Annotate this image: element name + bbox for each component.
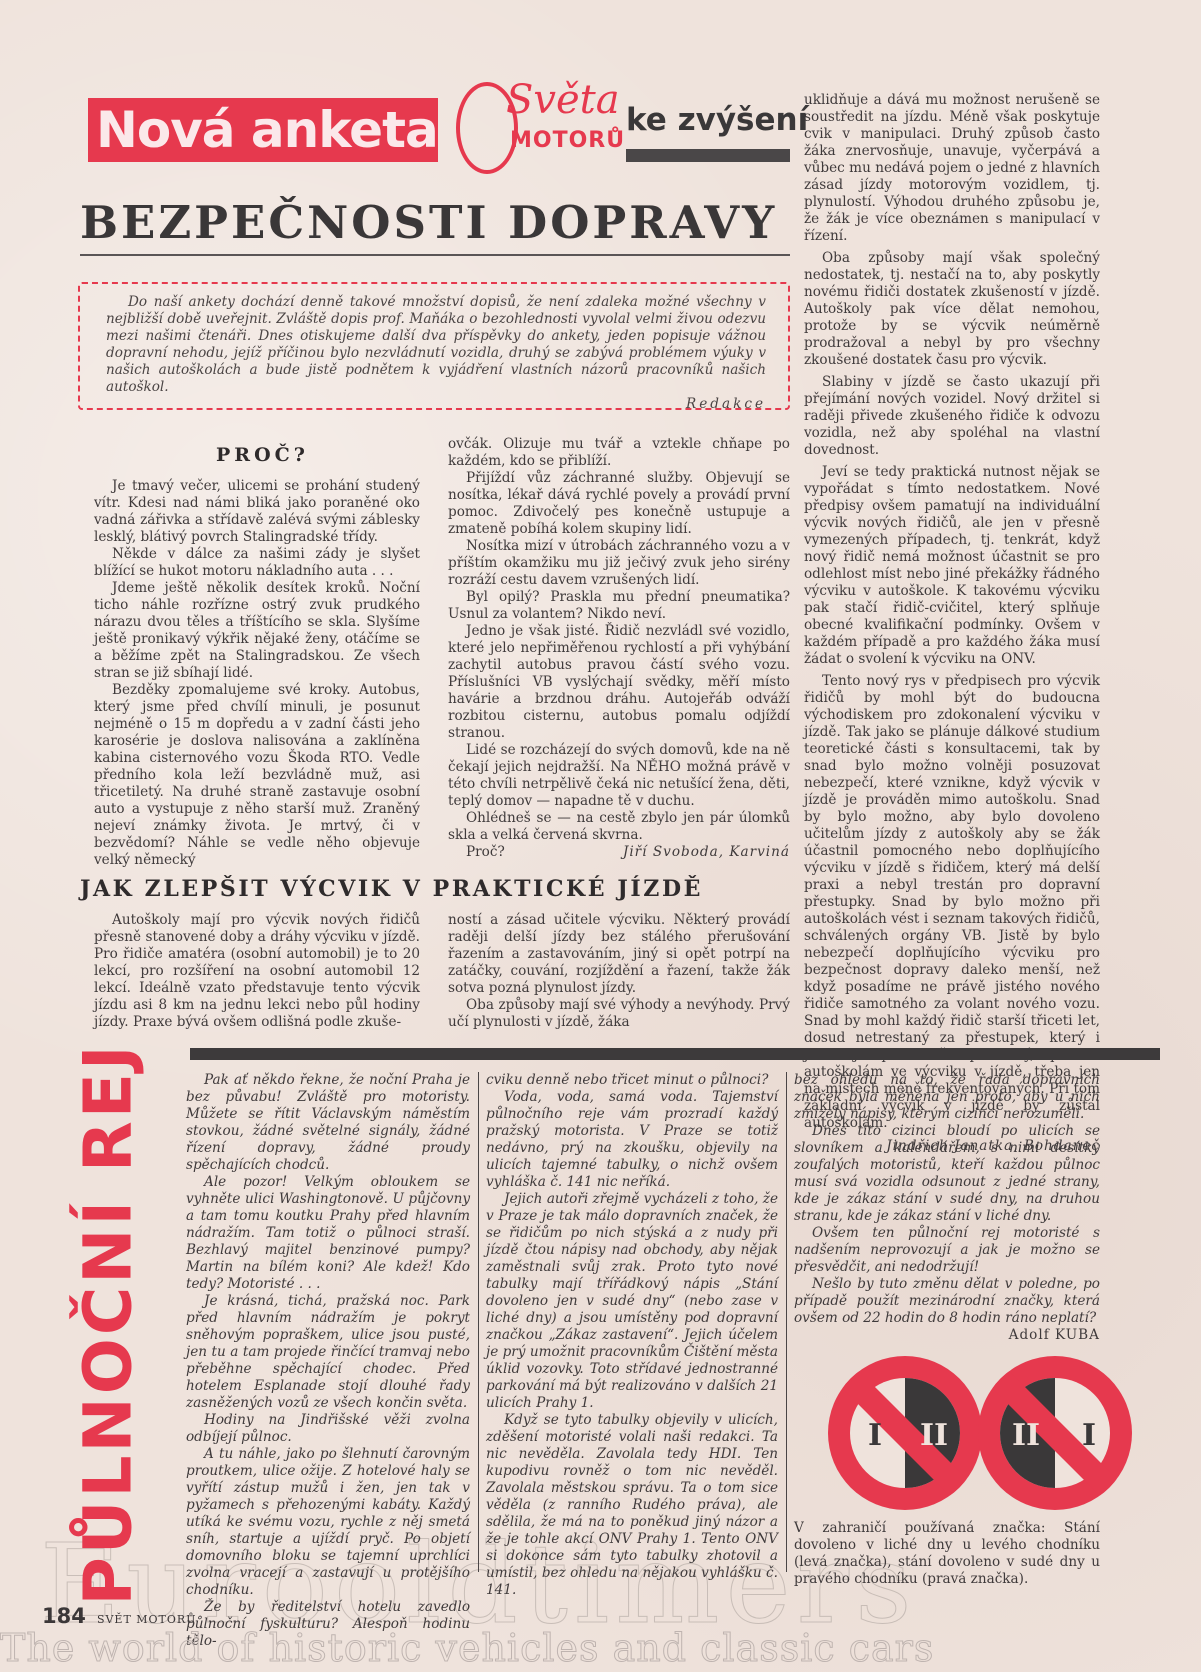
paragraph: Jejich autoři zřejmě vycházeli z toho, ž… <box>486 1191 778 1412</box>
article-signature: Adolf KUBA <box>794 1327 1100 1344</box>
paragraph: Pak ať někdo řekne, že noční Praha je be… <box>186 1072 470 1174</box>
sign-numeral: II <box>1012 1418 1040 1453</box>
paragraph: Ovšem ten půlnoční rej motoristé s nadše… <box>794 1225 1100 1276</box>
paragraph: Hodiny na Jindřišské věži zvolna odbíjej… <box>186 1412 470 1446</box>
paragraph: Když se tyto tabulky objevily v ulicích,… <box>486 1412 778 1599</box>
jak-column-1: Autoškoly mají pro výcvik nových řidičů … <box>94 912 420 1031</box>
paragraph: Dnes tito cizinci bloudí po ulicích se s… <box>794 1123 1100 1225</box>
parking-sign-even-days-icon: II I <box>978 1356 1132 1510</box>
paragraph: cviku denně nebo třicet minut o půlnoci? <box>486 1072 778 1089</box>
kicker-red-banner: Nová anketa <box>88 98 438 162</box>
paragraph: Voda, voda, samá voda. Tajemství půlnočn… <box>486 1089 778 1191</box>
paragraph: ovčák. Olizuje mu tvář a vztekle chňape … <box>448 436 790 470</box>
jak-column-2: ností a zásad učitele výcviku. Některý p… <box>448 912 790 1031</box>
paragraph: Byl opilý? Praskla mu přední pneumatika?… <box>448 589 790 623</box>
paragraph: ností a zásad učitele výcviku. Některý p… <box>448 912 790 997</box>
page-folio: 184 SVĚT MOTORŮ <box>42 1604 196 1628</box>
paragraph: Bezděky zpomalujeme své kroky. Autobus, … <box>94 682 420 869</box>
intro-text: Do naší ankety dochází denně takové množ… <box>106 294 766 396</box>
paragraph: Jedno je však jisté. Řidič nezvládl své … <box>448 623 790 742</box>
paragraph: Oba způsoby mají své výhody a nevýhody. … <box>448 997 790 1031</box>
paragraph: Přijíždí vůz záchranné služby. Objevují … <box>448 470 790 538</box>
parking-signs-illustration: I II II I <box>828 1356 1128 1514</box>
header-subtitle-bar <box>626 149 790 162</box>
article-signature: Jiří Svoboda, Karviná <box>623 844 790 861</box>
sign-numeral: I <box>868 1418 882 1453</box>
logo-script-text: Světa <box>506 78 620 122</box>
paragraph: Lidé se rozcházejí do svých domovů, kde … <box>448 742 790 810</box>
signs-caption: V zahraničí používaná značka: Stání dovo… <box>794 1520 1100 1588</box>
column-rule <box>786 1072 787 1572</box>
paragraph: Nešlo by tuto změnu dělat v poledne, po … <box>794 1276 1100 1327</box>
rej-column-2: cviku denně nebo třicet minut o půlnoci?… <box>486 1072 778 1599</box>
closing-question: Proč? <box>466 844 505 861</box>
paragraph: Jeví se tedy praktická nutnost nějak se … <box>804 464 1100 668</box>
page-number: 184 <box>42 1604 86 1628</box>
article-heading-proc: PROČ? <box>216 444 309 466</box>
magazine-name: SVĚT MOTORŮ <box>97 1613 197 1626</box>
section-divider-bar <box>190 1048 1160 1060</box>
editorial-intro-box: Do naší ankety dochází denně takové množ… <box>78 282 790 410</box>
proc-column-2: ovčák. Olizuje mu tvář a vztekle chňape … <box>448 436 790 861</box>
rej-column-1: Pak ať někdo řekne, že noční Praha je be… <box>186 1072 470 1650</box>
paragraph: Ale pozor! Velkým obloukem se vyhněte ul… <box>186 1174 470 1293</box>
paragraph: A tu náhle, jako po šlehnutí čarovným pr… <box>186 1446 470 1599</box>
paragraph: Jdeme ještě několik desítek kroků. Noční… <box>94 580 420 682</box>
paragraph: Tento nový rys v předpisech pro výcvik ř… <box>804 673 1100 1132</box>
article-heading-jak: JAK ZLEPŠIT VÝCVIK V PRAKTICKÉ JÍZDĚ <box>80 876 703 902</box>
logo-brand-text: MOTORŮ <box>510 128 625 153</box>
caption-text: V zahraničí používaná značka: Stání dovo… <box>794 1520 1100 1588</box>
sign-numeral: II <box>920 1418 948 1453</box>
paragraph: Někde v dálce za našimi zády je slyšet b… <box>94 546 420 580</box>
title-divider <box>80 254 790 256</box>
proc-column-1: Je tmavý večer, ulicemi se prohání stude… <box>94 478 420 869</box>
paragraph: Ohlédneš se — na cestě zbylo jen pár úlo… <box>448 810 790 844</box>
paragraph: Je tmavý večer, ulicemi se prohání stude… <box>94 478 420 546</box>
header-subtitle: ke zvýšení <box>626 102 808 138</box>
proc-closing-line: Proč? Jiří Svoboda, Karviná <box>448 844 790 861</box>
parking-sign-odd-days-icon: I II <box>828 1356 982 1510</box>
intro-signature: Redakce <box>106 396 766 413</box>
paragraph: uklidňuje a dává mu možnost nerušeně se … <box>804 92 1100 245</box>
footer-watermark: The world of historic vehicles and class… <box>0 1626 934 1670</box>
magazine-logo: Světa MOTORŮ <box>456 78 596 178</box>
paragraph: Nosítka mizí v útrobách záchranného vozu… <box>448 538 790 589</box>
paragraph: Je krásná, tichá, pražská noc. Park před… <box>186 1293 470 1412</box>
side-title-text: PŮLNOČNÍ REJ <box>70 1042 147 1605</box>
paragraph: Slabiny v jízdě se často ukazují při pře… <box>804 374 1100 459</box>
sign-numeral: I <box>1082 1418 1096 1453</box>
paragraph: Autoškoly mají pro výcvik nových řidičů … <box>94 912 420 1031</box>
page-title: BEZPEČNOSTI DOPRAVY <box>80 196 777 249</box>
paragraph: Oba způsoby mají však společný nedostate… <box>804 250 1100 369</box>
column-rule <box>478 1072 479 1572</box>
vertical-section-title: PŮLNOČNÍ REJ <box>38 1064 178 1584</box>
paragraph: bez ohledu na to, že řada dopravních zna… <box>794 1072 1100 1123</box>
right-column-jak-continuation: uklidňuje a dává mu možnost nerušeně se … <box>804 92 1100 1155</box>
rej-column-3: bez ohledu na to, že řada dopravních zna… <box>794 1072 1100 1344</box>
